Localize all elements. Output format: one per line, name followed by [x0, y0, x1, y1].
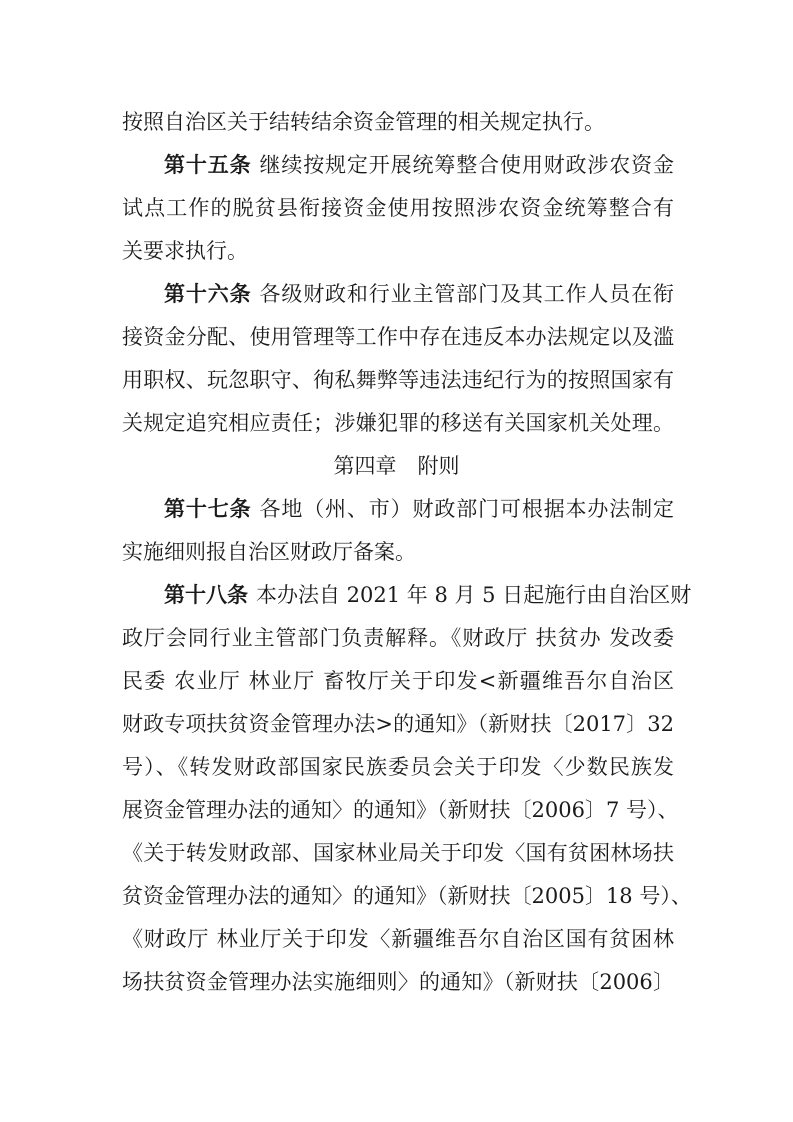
text-line: 关规定追究相应责任；涉嫌犯罪的移送有关国家机关处理。: [122, 408, 674, 438]
text-line: 《关于转发财政部、国家林业局关于印发〈国有贫困林场扶: [122, 838, 674, 868]
article-15-first-line: 第十五条继续按规定开展统筹整合使用财政涉农资金: [164, 150, 674, 180]
chapter-heading: 第四章 附则: [0, 451, 793, 481]
text-line: 各地（州、市）财政部门可根据本办法制定: [259, 497, 674, 521]
article-17-first-line: 第十七条各地（州、市）财政部门可根据本办法制定: [164, 494, 674, 524]
text-line: 民委 农业厅 林业厅 畜牧厅关于印发<新疆维吾尔自治区: [122, 666, 674, 696]
text-line: 本办法自 2021 年 8 月 5 日起施行由自治区财: [256, 583, 691, 607]
text-line: 按照自治区关于结转结余资金管理的相关规定执行。: [122, 107, 674, 137]
text-line: 继续按规定开展统筹整合使用财政涉农资金: [259, 153, 674, 177]
text-line: 实施细则报自治区财政厅备案。: [122, 537, 674, 567]
text-line: 政厅会同行业主管部门负责解释。《财政厅 扶贫办 发改委: [122, 623, 674, 653]
article-16-title: 第十六条: [164, 282, 251, 306]
text-line: 财政专项扶贫资金管理办法>的通知》（新财扶〔2017〕32: [122, 709, 674, 739]
article-18-first-line: 第十八条本办法自 2021 年 8 月 5 日起施行由自治区财: [164, 580, 674, 610]
text-line: 号）、《转发财政部国家民族委员会关于印发〈少数民族发: [122, 752, 674, 782]
article-18-title: 第十八条: [164, 583, 248, 607]
text-line: 各级财政和行业主管部门及其工作人员在衔: [259, 282, 674, 306]
text-line: 贫资金管理办法的通知〉的通知》（新财扶〔2005〕18 号）、: [122, 881, 674, 911]
text-line: 用职权、玩忽职守、徇私舞弊等违法违纪行为的按照国家有: [122, 365, 674, 395]
article-17-title: 第十七条: [164, 497, 251, 521]
text-line: 场扶贫资金管理办法实施细则〉的通知》（新财扶〔2006〕: [122, 967, 674, 997]
text-line: 试点工作的脱贫县衔接资金使用按照涉农资金统筹整合有: [122, 193, 674, 223]
article-16-first-line: 第十六条各级财政和行业主管部门及其工作人员在衔: [164, 279, 674, 309]
text-line: 关要求执行。: [122, 236, 674, 266]
text-line: 《财政厅 林业厅关于印发〈新疆维吾尔自治区国有贫困林: [122, 924, 674, 954]
text-line: 接资金分配、使用管理等工作中存在违反本办法规定以及滥: [122, 322, 674, 352]
text-line: 展资金管理办法的通知〉的通知》（新财扶〔2006〕7 号）、: [122, 795, 674, 825]
article-15-title: 第十五条: [164, 153, 251, 177]
